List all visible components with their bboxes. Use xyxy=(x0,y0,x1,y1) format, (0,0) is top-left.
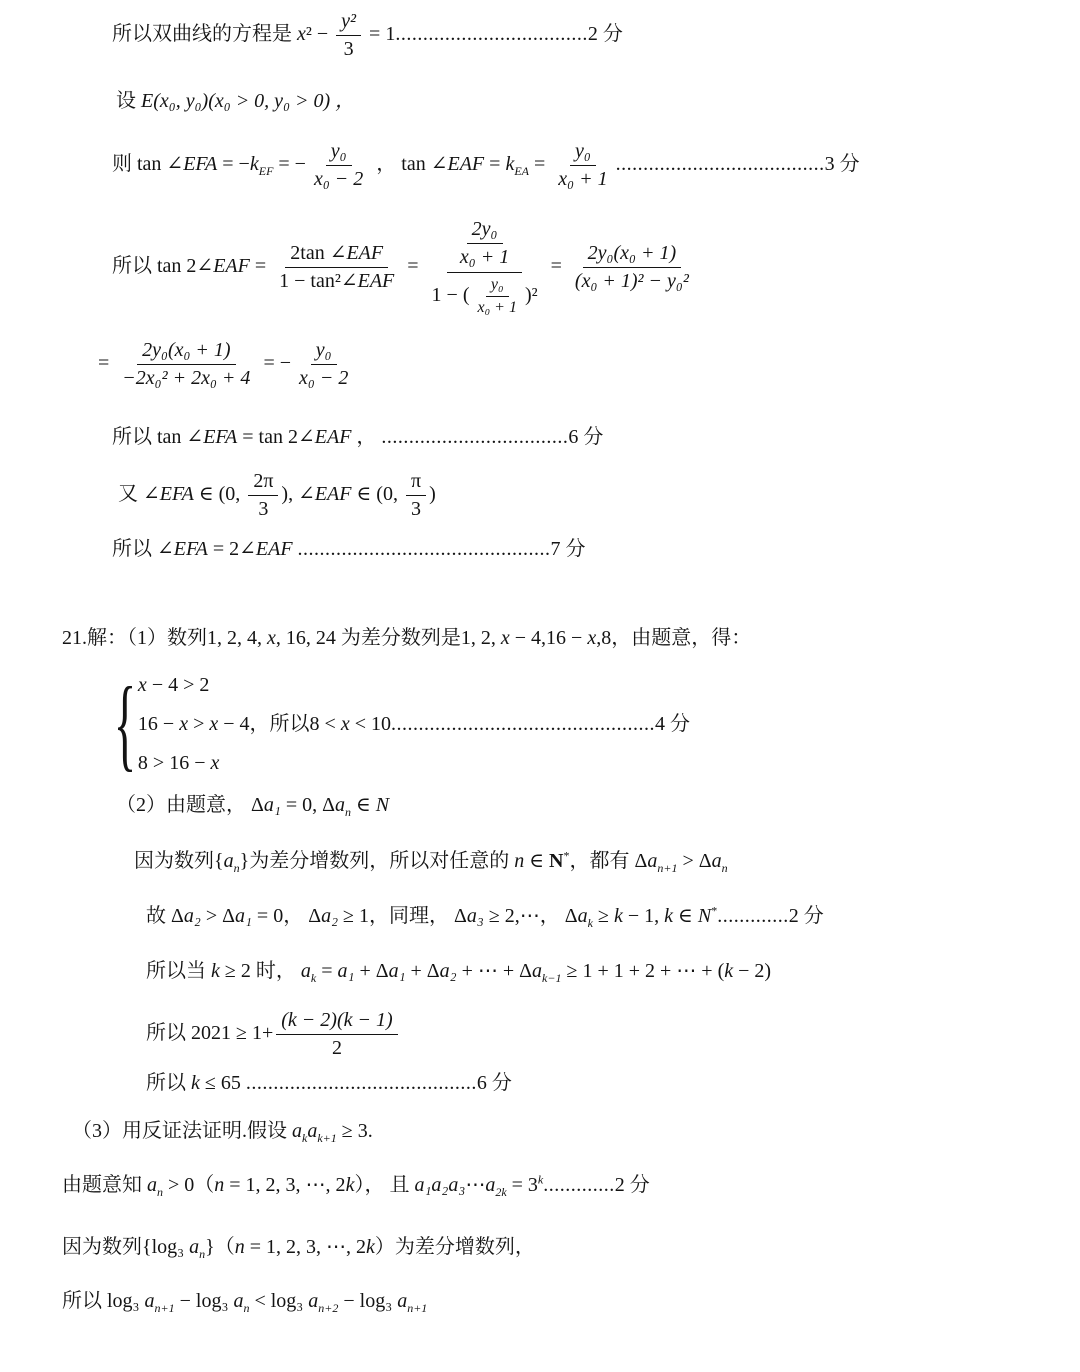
text: 因为数列{ xyxy=(134,850,224,872)
dots-leader: ...................................... xyxy=(616,153,825,175)
angle-equality-conclusion-line: 所以 ∠EFA = 2∠EAF ........................… xyxy=(112,536,586,562)
text: = 0, Δ xyxy=(281,794,335,816)
variable: a xyxy=(145,1290,155,1312)
text: ≥ 1，同理， Δ xyxy=(338,905,467,927)
variable: EFA xyxy=(160,483,194,505)
text: 1 − tan²∠ xyxy=(279,270,357,292)
system-row: 16 − x > x − 4，所以8 < x < 10.............… xyxy=(138,711,690,737)
tan-equality-conclusion-line: 所以 tan ∠EFA = tan 2∠EAF ， ..............… xyxy=(112,424,603,450)
variable: EAF xyxy=(448,153,485,175)
variable: x xyxy=(587,627,596,649)
variable: a xyxy=(189,1236,199,1258)
difference-increasing-property-line: 因为数列{an}为差分增数列，所以对任意的 n ∈ N*，都有 Δan+1 > … xyxy=(134,848,728,874)
fraction: y₀x₀ + 1 xyxy=(473,274,522,319)
text: = xyxy=(546,255,567,277)
double-angle-formula-line: 所以 tan 2∠EAF = 2tan ∠EAF1 − tan²∠EAF = 2… xyxy=(112,215,697,320)
text: 1 − ( xyxy=(432,284,470,306)
text: 所以当 xyxy=(146,960,211,982)
variable: a xyxy=(224,850,234,872)
text: = 0， Δ xyxy=(252,905,321,927)
sequence-values: 1, 2, 4, xyxy=(207,627,267,649)
dots-leader: ............. xyxy=(543,1174,615,1196)
fraction: 2tan ∠EAF1 − tan²∠EAF xyxy=(274,240,399,295)
text: = − xyxy=(258,352,291,374)
text: ∈ (0, xyxy=(352,483,403,505)
variable: x xyxy=(210,752,219,774)
subscript: k−1 xyxy=(542,971,561,985)
denominator: 1 − (y₀x₀ + 1)² xyxy=(427,273,543,320)
variable: a xyxy=(647,850,657,872)
numerator: 2π xyxy=(248,468,278,496)
dots-leader: .................................. xyxy=(381,426,568,448)
fraction: 2π3 xyxy=(248,468,278,523)
variable: a xyxy=(233,1290,243,1312)
variable: x xyxy=(209,713,218,735)
score-label: 6 分 xyxy=(568,426,603,448)
text: ∈ xyxy=(351,794,376,816)
numerator: y₀ xyxy=(486,274,509,297)
text: 所以 tan ∠ xyxy=(112,426,203,448)
text: ) xyxy=(429,483,436,505)
text: ∈ xyxy=(673,905,698,927)
denominator: 3 xyxy=(339,36,359,63)
text: ≥ 3. xyxy=(337,1120,373,1142)
text: − 4，所以8 < xyxy=(218,713,341,735)
variable: a₂ xyxy=(184,905,201,927)
quadratic-inequality-line: 所以 2021 ≥ 1+(k − 2)(k − 1)2 xyxy=(146,1007,401,1062)
variable: a xyxy=(532,960,542,982)
system-row: x − 4 > 2 xyxy=(138,672,690,698)
set-symbol: N xyxy=(698,905,711,927)
subscript: n+1 xyxy=(657,861,677,875)
text: ≥ 2 时， xyxy=(220,960,301,982)
variable: EFA xyxy=(203,426,237,448)
problem21-part1-intro-line: 21.解：（1）数列1, 2, 4, x, 16, 24 为差分数列是1, 2,… xyxy=(62,625,751,651)
expression: (x₀, y₀)(x₀ > 0, y₀ > 0) ， xyxy=(153,90,355,112)
text: = xyxy=(529,153,550,175)
subscript: k+1 xyxy=(317,1131,336,1145)
part3-contradiction-assumption-line: （3）用反证法证明.假设 akak+1 ≥ 3. xyxy=(72,1118,373,1144)
score-label: 6 分 xyxy=(477,1072,512,1094)
text: = xyxy=(250,255,271,277)
text: ≥ 2,⋯， Δ xyxy=(484,905,578,927)
variable: E xyxy=(141,90,153,112)
text: （3）用反证法证明.假设 xyxy=(72,1120,292,1142)
variable: k xyxy=(366,1236,375,1258)
text: = 1, 2, 3, ⋯, 2 xyxy=(224,1174,345,1196)
text: 8 > 16 − xyxy=(138,752,211,774)
variable: a xyxy=(301,960,311,982)
numerator: (k − 2)(k − 1) xyxy=(276,1007,397,1035)
sequence-values: − 4,16 − xyxy=(510,627,588,649)
variable: EAF xyxy=(256,538,293,560)
subscript: 2k xyxy=(495,1185,506,1199)
product-of-terms-line: 由题意知 an > 0（n = 1, 2, 3, ⋯, 2k）， 且 a₁a₂a… xyxy=(62,1172,650,1198)
fraction: (k − 2)(k − 1)2 xyxy=(276,1007,397,1062)
denominator: 3 xyxy=(253,496,273,523)
text: − 2) xyxy=(733,960,771,982)
text: ≥ xyxy=(593,905,614,927)
variable: k xyxy=(211,960,220,982)
text: ， tan ∠ xyxy=(371,153,447,175)
log-sequence-property-line: 因为数列{log₃ an}（n = 1, 2, 3, ⋯, 2k）为差分增数列， xyxy=(62,1234,535,1260)
text: 所以 ∠ xyxy=(112,538,174,560)
variable: a xyxy=(397,1290,407,1312)
subscript: n+1 xyxy=(155,1301,175,1315)
text: 由题意知 xyxy=(62,1174,147,1196)
fraction: 2y₀(x₀ + 1)−2x₀² + 2x₀ + 4 xyxy=(117,337,255,392)
text: − 1, xyxy=(623,905,664,927)
text: ）， 且 xyxy=(354,1174,414,1196)
text: = tan 2∠ xyxy=(237,426,314,448)
text: = 1 xyxy=(364,23,395,45)
text: ≥ 1 + 1 + 2 + ⋯ + ( xyxy=(561,960,724,982)
score-label: 2 分 xyxy=(588,23,623,45)
text: − log₃ xyxy=(175,1290,234,1312)
text: = xyxy=(402,255,423,277)
denominator: 3 xyxy=(406,496,426,523)
text: }为差分增数列，所以对任意的 xyxy=(240,850,515,872)
denominator: x₀ + 1 xyxy=(473,297,522,319)
variable: x xyxy=(179,713,188,735)
score-label: 3 分 xyxy=(825,153,860,175)
text: 由题意，得： xyxy=(631,627,751,649)
score-label: 2 分 xyxy=(789,905,824,927)
numerator: 2tan ∠EAF xyxy=(285,240,388,268)
numerator: 2y₀(x₀ + 1) xyxy=(137,337,235,365)
variable: x xyxy=(501,627,510,649)
text: > Δ xyxy=(677,850,711,872)
denominator: x₀ − 2 xyxy=(309,166,368,193)
variable: k xyxy=(724,960,733,982)
variable: x xyxy=(341,713,350,735)
text: ), ∠ xyxy=(281,483,314,505)
variable: k xyxy=(614,905,623,927)
k-upper-bound-line: 所以 k ≤ 65 ..............................… xyxy=(146,1070,512,1096)
text: = 3 xyxy=(507,1174,538,1196)
text: 为差分数列是 xyxy=(341,627,461,649)
fraction: y₀x₀ + 1 xyxy=(553,138,612,193)
text: 所以 log₃ xyxy=(62,1290,145,1312)
numerator: y₀ xyxy=(311,337,337,365)
variable: a₃ xyxy=(467,905,484,927)
text: 故 Δ xyxy=(146,905,184,927)
denominator: x₀ − 2 xyxy=(294,365,353,392)
fraction: y₀x₀ − 2 xyxy=(309,138,368,193)
numerator: y₀ xyxy=(326,138,352,166)
variable: EAF xyxy=(346,242,383,264)
numerator: 2y₀(x₀ + 1) xyxy=(583,240,681,268)
system-rows: x − 4 > 216 − x > x − 4，所以8 < x < 10....… xyxy=(138,672,690,776)
variable: a xyxy=(485,1174,495,1196)
text: （2）由题意， Δ xyxy=(116,794,264,816)
variable: a xyxy=(308,1290,318,1312)
text: ， xyxy=(351,426,381,448)
variable: a₂ xyxy=(321,905,338,927)
variable: a xyxy=(147,1174,157,1196)
fraction: 2y₀(x₀ + 1)(x₀ + 1)² − y₀² xyxy=(570,240,694,295)
subscript: n+2 xyxy=(318,1301,338,1315)
part2-premise-line: （2）由题意， Δa₁ = 0, Δan ∈ N xyxy=(116,792,389,818)
variable: k xyxy=(250,153,259,175)
text: = xyxy=(316,960,337,982)
text: 所以 tan 2∠ xyxy=(112,255,213,277)
inequality-system: {x − 4 > 216 − x > x − 4，所以8 < x < 10...… xyxy=(100,672,690,776)
numerator: y² xyxy=(336,8,361,36)
text: 21.解：（1）数列 xyxy=(62,627,207,649)
set-symbol: N xyxy=(549,850,563,872)
variable: n xyxy=(235,1236,245,1258)
variable: a xyxy=(578,905,588,927)
numerator: 2y₀ xyxy=(467,216,503,244)
variable: a xyxy=(335,794,345,816)
score-label: 7 分 xyxy=(551,538,586,560)
angle-ranges-line: 又 ∠EFA ∈ (0, 2π3), ∠EAF ∈ (0, π3) xyxy=(118,468,436,523)
text: > 0（ xyxy=(163,1174,214,1196)
variable: a₁ xyxy=(235,905,252,927)
variable: EAF xyxy=(213,255,250,277)
fraction: y₀x₀ − 2 xyxy=(294,337,353,392)
text: = 2∠ xyxy=(208,538,256,560)
text: }（ xyxy=(205,1236,235,1258)
text: ∈ (0, xyxy=(194,483,245,505)
fraction: π3 xyxy=(406,468,426,523)
sequence-values: ,8， xyxy=(596,627,631,649)
text: ≤ 65 xyxy=(200,1072,246,1094)
variable: EFA xyxy=(174,538,208,560)
text: 所以 2021 ≥ 1+ xyxy=(146,1022,273,1044)
variable: a xyxy=(307,1120,317,1142)
dots-leader: ........................................… xyxy=(298,538,551,560)
variable: x xyxy=(267,627,276,649)
log-difference-inequality-line: 所以 log₃ an+1 − log₃ an < log₃ an+2 − log… xyxy=(62,1288,427,1314)
subscript: n xyxy=(722,861,728,875)
variable: EAF xyxy=(315,426,352,448)
text: + Δ xyxy=(406,960,440,982)
text: > xyxy=(188,713,209,735)
score-label: 2 分 xyxy=(615,1174,650,1196)
text: 因为数列{log₃ xyxy=(62,1236,189,1258)
dots-leader: ............. xyxy=(717,905,789,927)
variable: a xyxy=(292,1120,302,1142)
variable: a₁ xyxy=(264,794,281,816)
variable: x xyxy=(138,674,147,696)
variable: k xyxy=(664,905,673,927)
variable: a xyxy=(712,850,722,872)
dots-leader: ........................................… xyxy=(391,713,655,735)
text: )² xyxy=(525,284,538,306)
text: = − xyxy=(273,153,306,175)
variable: a₂ xyxy=(440,960,457,982)
math-solution-page: 所以双曲线的方程是 x² − y²3 = 1..................… xyxy=(0,0,1080,1372)
variable: k xyxy=(505,153,514,175)
variable: a₁ xyxy=(337,960,354,982)
system-row: 8 > 16 − x xyxy=(138,750,690,776)
subscript: EF xyxy=(259,164,274,178)
hyperbola-equation-line: 所以双曲线的方程是 x² − y²3 = 1..................… xyxy=(112,8,623,63)
text: 设 xyxy=(116,90,141,112)
text: 所以 xyxy=(146,1072,191,1094)
text: ⋯ xyxy=(465,1174,485,1196)
variable: EAF xyxy=(358,270,395,292)
text: ² − xyxy=(306,23,333,45)
text: = xyxy=(484,153,505,175)
denominator: 1 − tan²∠EAF xyxy=(274,268,399,295)
text: < 10 xyxy=(350,713,391,735)
text: 所以双曲线的方程是 xyxy=(112,23,297,45)
fraction: 2y₀x₀ + 1 xyxy=(455,216,514,271)
denominator: x₀ + 1 xyxy=(455,244,514,271)
text: = xyxy=(98,352,114,374)
fraction: 2y₀x₀ + 11 − (y₀x₀ + 1)² xyxy=(427,215,543,320)
denominator: x₀ + 1 xyxy=(553,166,612,193)
numerator: π xyxy=(406,468,426,496)
simplified-expression-line: = 2y₀(x₀ + 1)−2x₀² + 2x₀ + 4 = −y₀x₀ − 2 xyxy=(98,337,356,392)
sequence-values: 1, 2, xyxy=(461,627,501,649)
point-E-definition-line: 设 E(x₀, y₀)(x₀ > 0, y₀ > 0) ， xyxy=(116,88,355,114)
text: 2tan ∠ xyxy=(290,242,346,264)
left-brace: { xyxy=(114,675,136,774)
variable: a₁ xyxy=(389,960,406,982)
text: − log₃ xyxy=(338,1290,397,1312)
text: 又 ∠ xyxy=(118,483,160,505)
variable: x xyxy=(297,23,306,45)
numerator: y₀ xyxy=(570,138,596,166)
text: + ⋯ + Δ xyxy=(457,960,532,982)
variable: EFA xyxy=(183,153,217,175)
tangent-definitions-line: 则 tan ∠EFA = −kEF = −y₀x₀ − 2 ， tan ∠EAF… xyxy=(112,138,860,193)
denominator: (x₀ + 1)² − y₀² xyxy=(570,268,694,295)
variable: a₁a₂a₃ xyxy=(414,1174,465,1196)
numerator: 2y₀x₀ + 1 xyxy=(447,215,522,273)
text: > Δ xyxy=(201,905,235,927)
text: 16 − xyxy=(138,713,179,735)
text: ∈ xyxy=(524,850,549,872)
text: 则 tan ∠ xyxy=(112,153,183,175)
score-label: 4 分 xyxy=(655,713,690,735)
subscript: EA xyxy=(514,164,529,178)
denominator: 2 xyxy=(327,1035,347,1062)
subscript: n+1 xyxy=(407,1301,427,1315)
variable: N xyxy=(376,794,389,816)
text: < log₃ xyxy=(249,1290,308,1312)
variable: k xyxy=(191,1072,200,1094)
dots-leader: ................................... xyxy=(395,23,588,45)
text: = − xyxy=(217,153,250,175)
variable: EAF xyxy=(315,483,352,505)
dots-leader: ........................................… xyxy=(246,1072,477,1094)
variable: n xyxy=(514,850,524,872)
delta-chain-inequalities-line: 故 Δa₂ > Δa₁ = 0， Δa₂ ≥ 1，同理， Δa₃ ≥ 2,⋯， … xyxy=(146,903,824,929)
text: − 4 > 2 xyxy=(147,674,210,696)
text: ，都有 Δ xyxy=(569,850,647,872)
text: ）为差分增数列， xyxy=(375,1236,535,1258)
ak-telescoping-sum-line: 所以当 k ≥ 2 时， ak = a₁ + Δa₁ + Δa₂ + ⋯ + Δ… xyxy=(146,958,771,984)
denominator: −2x₀² + 2x₀ + 4 xyxy=(117,365,255,392)
fraction: y²3 xyxy=(336,8,361,63)
text: = 1, 2, 3, ⋯, 2 xyxy=(245,1236,366,1258)
variable: n xyxy=(214,1174,224,1196)
sequence-values: , 16, 24 xyxy=(276,627,341,649)
text: + Δ xyxy=(354,960,388,982)
